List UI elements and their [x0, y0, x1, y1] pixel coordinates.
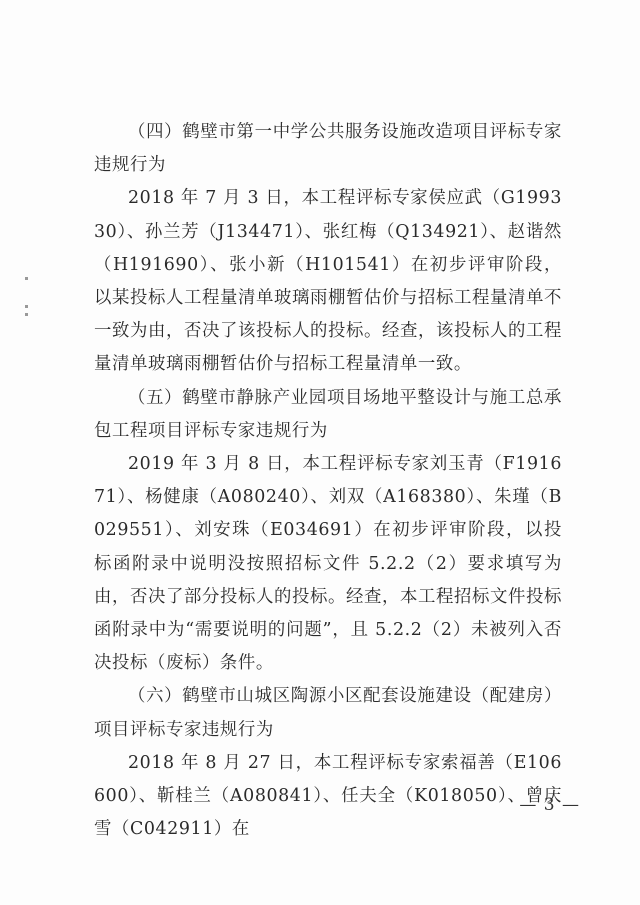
section-body-4: 2018 年 7 月 3 日，本工程评标专家侯应武（G199330）、孙兰芳（J…: [94, 182, 562, 381]
scan-margin-mark: [25, 277, 28, 280]
scan-margin-mark: [25, 305, 28, 308]
document-body: （四）鹤壁市第一中学公共服务设施改造项目评标专家违规行为 2018 年 7 月 …: [94, 116, 562, 846]
document-page: （四）鹤壁市第一中学公共服务设施改造项目评标专家违规行为 2018 年 7 月 …: [0, 0, 640, 905]
section-heading-5: （五）鹤壁市静脉产业园项目场地平整设计与施工总承包工程项目评标专家违规行为: [94, 382, 562, 448]
scan-margin-mark: [25, 313, 28, 316]
section-body-5: 2019 年 3 月 8 日，本工程评标专家刘玉青（F191671）、杨健康（A…: [94, 448, 562, 680]
section-heading-4: （四）鹤壁市第一中学公共服务设施改造项目评标专家违规行为: [94, 116, 562, 182]
section-heading-6: （六）鹤壁市山城区陶源小区配套设施建设（配建房）项目评标专家违规行为: [94, 680, 562, 746]
page-number: — 3 —: [0, 795, 580, 815]
